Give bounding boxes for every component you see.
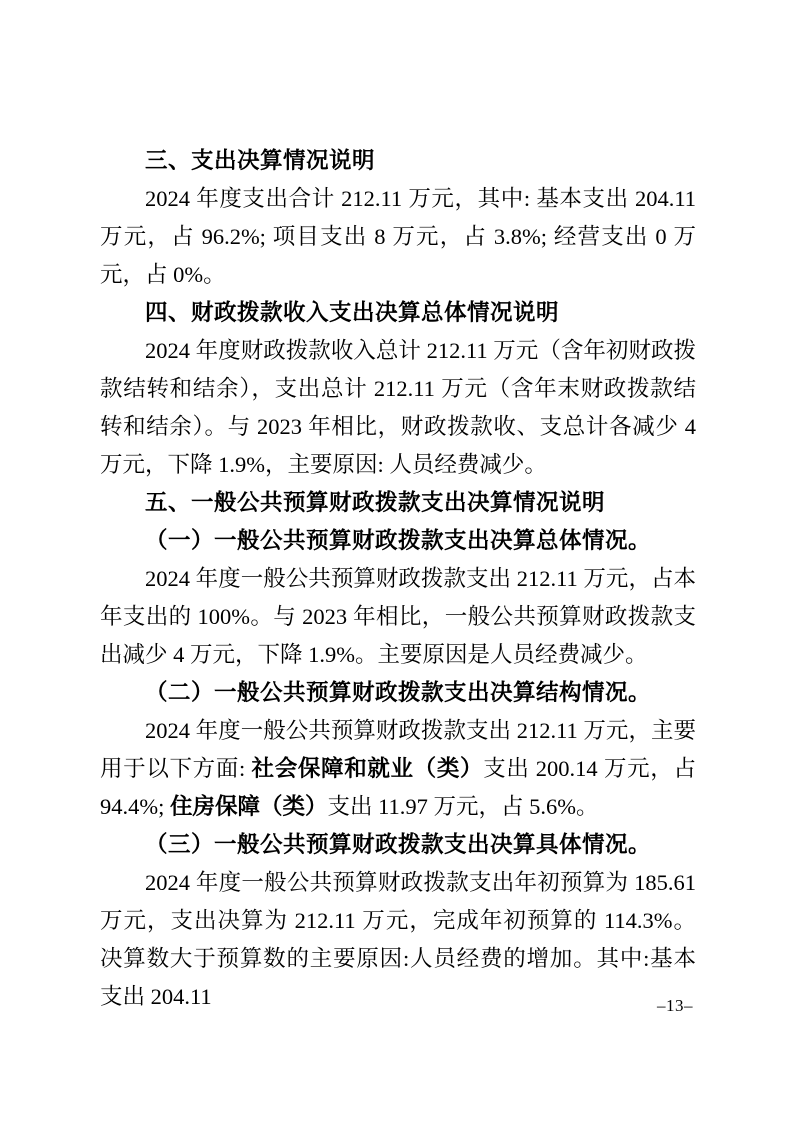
- section-3-heading: 三、支出决算情况说明: [100, 142, 696, 180]
- document-page: 三、支出决算情况说明 2024 年度支出合计 212.11 万元，其中: 基本支…: [0, 0, 793, 1122]
- section-5-sub-2-paragraph: 2024 年度一般公共预算财政拨款支出 212.11 万元，主要用于以下方面: …: [100, 712, 696, 826]
- page-number: –13–: [657, 996, 693, 1016]
- section-5-heading: 五、一般公共预算财政拨款支出决算情况说明: [100, 484, 696, 522]
- paragraph-run-bold: 社会保障和就业（类）: [252, 756, 484, 781]
- section-5-sub-1-heading: （一）一般公共预算财政拨款支出决算总体情况。: [100, 522, 696, 560]
- section-4-heading: 四、财政拨款收入支出决算总体情况说明: [100, 294, 696, 332]
- section-4-paragraph: 2024 年度财政拨款收入总计 212.11 万元（含年初财政拨款结转和结余），…: [100, 332, 696, 484]
- section-5-sub-2-heading: （二）一般公共预算财政拨款支出决算结构情况。: [100, 674, 696, 712]
- section-5-sub-1-paragraph: 2024 年度一般公共预算财政拨款支出 212.11 万元，占本年支出的 100…: [100, 560, 696, 674]
- section-5-sub-3-paragraph: 2024 年度一般公共预算财政拨款支出年初预算为 185.61 万元，支出决算为…: [100, 864, 696, 1016]
- document-body: 三、支出决算情况说明 2024 年度支出合计 212.11 万元，其中: 基本支…: [100, 142, 696, 1016]
- paragraph-run: 支出 11.97 万元，占 5.6%。: [328, 794, 599, 819]
- section-3-paragraph: 2024 年度支出合计 212.11 万元，其中: 基本支出 204.11 万元…: [100, 180, 696, 294]
- paragraph-run-bold: 住房保障（类）: [170, 794, 328, 819]
- section-5-sub-3-heading: （三）一般公共预算财政拨款支出决算具体情况。: [100, 826, 696, 864]
